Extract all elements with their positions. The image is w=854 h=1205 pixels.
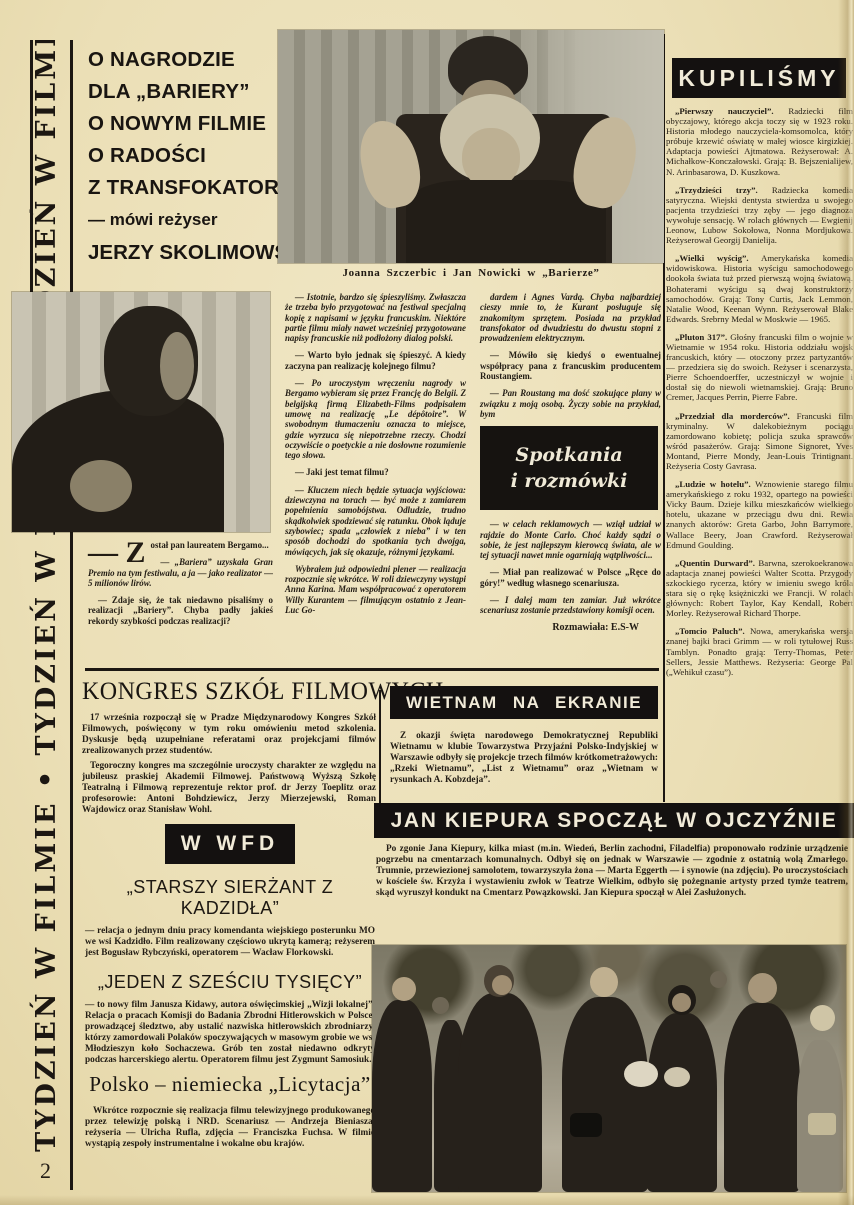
mourner-figure <box>458 993 542 1192</box>
film-review-body: Głośny francuski film o wojnie w Wietnam… <box>666 332 853 403</box>
licytacja-section: Polsko – niemiecka „Licytacja” Wkrótce r… <box>85 1072 375 1150</box>
film-review-title: „Ludzie w hotelu”. <box>675 479 751 489</box>
wietnam-body: Z okazji święta narodowego Demokratyczne… <box>390 731 658 786</box>
film-review-body: Amerykańska komedia widowiskowa. Histori… <box>666 253 853 324</box>
interview-paragraph: — Kluczem niech będzie sytuacja wyjściow… <box>285 485 466 557</box>
wwfd-title: W WFD <box>181 832 279 856</box>
kongres-section: KONGRES SZKÓŁ FILMOWYCH 17 września rozp… <box>82 678 376 820</box>
blonde-head <box>810 1005 835 1031</box>
film-review-title: „Pierwszy nauczyciel”. <box>675 106 774 116</box>
headline-line: Z TRANSFOKATORA <box>88 172 276 204</box>
wwfd-article-headline: „JEDEN Z SZEŚCIU TYSIĘCY” <box>85 972 375 993</box>
film-review-title: „Przedział dla morderców”. <box>675 411 790 421</box>
film-review-title: „Quentin Durward”. <box>675 558 755 568</box>
kupilismy-title: KUPILIŚMY <box>678 65 839 92</box>
intro-paragraph: — Zdaje się, że tak niedawno pisaliśmy o… <box>88 595 273 626</box>
interview-paragraph: — Po uroczystym wręczeniu nagrody w Berg… <box>285 378 466 460</box>
interview-paragraph: — Warto było jednak się śpieszyć. A kied… <box>285 350 466 371</box>
bag-shape <box>808 1113 836 1135</box>
kongres-title: KONGRES SZKÓŁ FILMOWYCH <box>82 678 364 706</box>
wwfd-article-body: — relacja o jednym dniu pracy komendanta… <box>85 926 375 959</box>
flowers-shape <box>624 1061 658 1087</box>
mourner-head <box>432 997 449 1014</box>
mourner-face <box>492 975 512 995</box>
veiled-face <box>672 993 691 1012</box>
interview-paragraph: — I dalej mam ten zamiar. Już wkrótce sc… <box>480 595 661 616</box>
headline-subtitle: — mówi reżyser <box>88 204 276 236</box>
glasses-man-head <box>748 973 777 1003</box>
sidebar-strip: TYDZIEŃ W FILMIE • TYDZIEŃ W FILMIE • TY… <box>27 40 73 1152</box>
intro-section: — Został pan laureatem Bergamo... — „Bar… <box>88 540 273 633</box>
face-highlight <box>160 332 194 400</box>
interview-column-1: — Istotnie, bardzo się śpieszyliśmy. Zwł… <box>285 292 466 633</box>
page-number: 2 <box>40 1158 51 1184</box>
film-review-title: „Tomcio Paluch”. <box>675 626 745 636</box>
film-review-body: Radziecki film obyczajowy, którego akcja… <box>666 106 853 177</box>
magazine-page: TYDZIEŃ W FILMIE • TYDZIEŃ W FILMIE • TY… <box>0 0 854 1205</box>
bag-shape <box>570 1113 602 1137</box>
film-review: „Tomcio Paluch”. Nowa, amerykańska wersj… <box>666 626 853 676</box>
intro-first-text: ostał pan laureatem Bergamo... <box>151 540 269 550</box>
interview-paragraph: — Istotnie, bardzo się śpieszyliśmy. Zwł… <box>285 292 466 343</box>
film-review: „Ludzie w hotelu”. Wznowienie starego fi… <box>666 479 853 550</box>
film-review: „Przedział dla morderców”. Francuski fil… <box>666 411 853 472</box>
intro-dropcap: — Z <box>88 540 146 566</box>
wietnam-header-box: WIETNAM NA EKRANIE <box>390 686 658 719</box>
interview-paragraph: — Mówiło się kiedyś o ewentualnej współp… <box>480 350 661 381</box>
wwfd-article-body: — to nowy film Janusza Kidawy, autora oś… <box>85 1000 375 1066</box>
kupilismy-header-box: KUPILIŚMY <box>672 58 846 98</box>
kongres-paragraph: 17 września rozpoczął się w Pradze Międz… <box>82 713 376 757</box>
licytacja-title: Polsko – niemiecka „Licytacja” <box>85 1072 375 1097</box>
interview-paragraph: — Miał pan realizować w Polsce „Ręce do … <box>480 567 661 588</box>
wwfd-article: „STARSZY SIERŻANT Z KADZIDŁA” — relacja … <box>85 877 375 959</box>
kiepura-banner-title: JAN KIEPURA SPOCZĄŁ W OJCZYŹNIE <box>391 809 838 833</box>
film-review-title: „Pluton 317”. <box>675 332 727 342</box>
licytacja-body: Wkrótce rozpocznie się realizacja filmu … <box>85 1106 375 1150</box>
film-review: „Trzydzieści trzy”. Radziecka komedia sa… <box>666 185 853 246</box>
mourner-figure <box>372 1000 432 1192</box>
headline-block: O NAGRODZIEDLA „BARIERY”O NOWYM FILMIEO … <box>88 44 276 270</box>
flowers-shape <box>664 1067 690 1087</box>
film-review-title: „Trzydzieści trzy”. <box>675 185 758 195</box>
eggerth-figure <box>647 1013 717 1192</box>
film-review: „Pluton 317”. Głośny francuski film o wo… <box>666 332 853 403</box>
kiepura-body: Po zgonie Jana Kiepury, kilka miast (m.i… <box>376 844 848 899</box>
kiepura-banner: JAN KIEPURA SPOCZĄŁ W OJCZYŹNIE <box>374 803 854 838</box>
page-edge-bottom <box>0 1195 854 1205</box>
mourner-figure <box>724 1003 800 1192</box>
sweater-silhouette <box>12 390 224 532</box>
interview-paragraph: Wybrałem już odpowiedni plener — realiza… <box>285 564 466 615</box>
wwfd-article: „JEDEN Z SZEŚCIU TYSIĘCY” — to nowy film… <box>85 972 375 1066</box>
wietnam-title: WIETNAM NA EKRANIE <box>406 693 642 713</box>
headline-line: DLA „BARIERY” <box>88 76 276 108</box>
hand-highlight <box>70 460 132 512</box>
wietnam-section: WIETNAM NA EKRANIE Z okazji święta narod… <box>390 686 658 795</box>
spotkania-i-rozmowki-box: Spotkania i rozmówki <box>480 426 658 510</box>
mourner-head <box>392 977 416 1001</box>
wwfd-section: W WFD „STARSZY SIERŻANT Z KADZIDŁA” — re… <box>85 824 375 1066</box>
interview-paragraph: — w celach reklamowych — wziął udział w … <box>480 519 661 560</box>
wwfd-article-headline: „STARSZY SIERŻANT Z KADZIDŁA” <box>85 877 375 919</box>
headline-author: JERZY SKOLIMOWSKI <box>88 236 276 270</box>
film-review: „Pierwszy nauczyciel”. Radziecki film ob… <box>666 106 853 177</box>
bariera-film-still-photo <box>278 30 664 263</box>
photo-caption: Joanna Szczerbic i Jan Nowicki w „Barier… <box>278 267 664 279</box>
sidebar-vertical-title: TYDZIEŃ W FILMIE • TYDZIEŃ W FILMIE • TY… <box>31 40 62 1152</box>
headline-line: O NAGRODZIE <box>88 44 276 76</box>
interview-column-2: dardem i Agnes Vardą. Chyba najbardziej … <box>480 292 661 633</box>
film-review-body: Wznowienie starego filmu amerykańskiego … <box>666 479 853 550</box>
headline-line: O RADOŚCI <box>88 140 276 172</box>
film-review: „Quentin Durward”. Barwna, szerokoekrano… <box>666 558 853 619</box>
skolimowski-portrait-photo <box>12 292 270 532</box>
box-title-line2: i rozmówki <box>511 472 628 491</box>
interview-paragraph: dardem i Agnes Vardą. Chyba najbardziej … <box>480 292 661 343</box>
interview-section: — Istotnie, bardzo się śpieszyliśmy. Zwł… <box>285 292 661 633</box>
page-edge-right <box>838 0 854 1205</box>
intro-first-paragraph: — Został pan laureatem Bergamo... <box>88 540 273 550</box>
film-review-title: „Wielki wyścig”. <box>675 253 749 263</box>
woman-face-shape <box>462 128 520 188</box>
headline-line: O NOWYM FILMIE <box>88 108 276 140</box>
kupilismy-reviews: „Pierwszy nauczyciel”. Radziecki film ob… <box>666 106 853 802</box>
interview-bottom-rule <box>85 668 659 671</box>
funeral-photo <box>372 945 846 1192</box>
interview-signoff: Rozmawiała: E.S-W <box>480 623 661 633</box>
kongres-paragraph: Tegoroczny kongres ma szczególnie uroczy… <box>82 761 376 816</box>
box-title-line1: Spotkania <box>515 446 622 465</box>
film-review: „Wielki wyścig”. Amerykańska komedia wid… <box>666 253 853 324</box>
interview-paragraph: — Pan Roustang ma dość szokujące plany w… <box>480 388 661 419</box>
interview-paragraph: — Jaki jest temat filmu? <box>285 467 466 477</box>
mourner-head <box>710 971 727 988</box>
mourner-figure <box>562 997 648 1192</box>
wwfd-header-box: W WFD <box>165 824 295 864</box>
mourner-head <box>590 967 618 997</box>
